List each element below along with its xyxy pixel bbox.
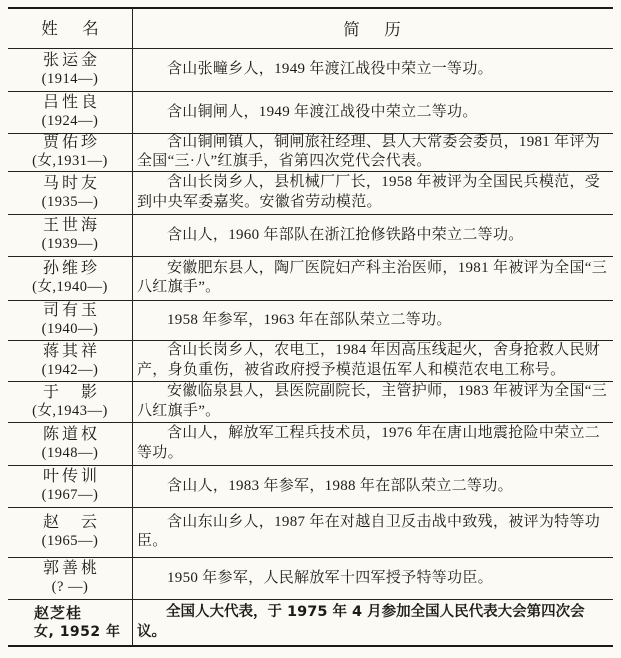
person-bio: 1958 年参军，1963 年在部队荣立二等功。 — [137, 311, 607, 331]
person-years: (1935—) — [42, 193, 99, 212]
bio-cell: 含山人，1983 年参军，1988 年在部队荣立二等功。 — [133, 466, 613, 508]
person-name: 马时友 — [40, 174, 100, 193]
name-cell: 陈道权 (1948—) — [8, 423, 133, 465]
table-row: 孙维珍 (女,1940—) 安徽肥东县人，陶厂医院妇产科主治医师，1981 年被… — [8, 257, 613, 301]
person-years: (女,1940—) — [32, 278, 108, 297]
table-row: 马时友 (1935—) 含山长岗乡人，县机械厂厂长，1958 年被评为全国民兵模… — [8, 172, 613, 215]
person-years: (女,1943—) — [32, 402, 108, 421]
bio-cell: 全国人大代表，于 1975 年 4 月参加全国人民代表大会第四次会议。 — [133, 600, 613, 645]
person-name: 张运金 — [40, 51, 100, 70]
person-years: (1948—) — [42, 444, 99, 463]
person-bio: 含山张疃乡人，1949 年渡江战役中荣立一等功。 — [137, 60, 607, 80]
bio-cell: 含山人，解放军工程兵技术员，1976 年在唐山地震抢险中荣立二等功。 — [133, 423, 613, 465]
table-row: 郭善桃 (? —) 1950 年参军，人民解放军十四军授予特等功臣。 — [8, 558, 613, 601]
table-row: 张运金 (1914—) 含山张疃乡人，1949 年渡江战役中荣立一等功。 — [8, 49, 613, 93]
person-bio: 全国人大代表，于 1975 年 4 月参加全国人民代表大会第四次会议。 — [137, 603, 607, 642]
name-cell: 马时友 (1935—) — [8, 172, 133, 214]
person-name: 王世海 — [40, 216, 100, 235]
person-name: 郭善桃 — [40, 559, 100, 578]
person-years: (1924—) — [42, 112, 99, 131]
bio-cell: 含山长岗乡人，农电工，1984 年因高压线起火，舍身抢救人民财产，身负重伤，被省… — [133, 341, 613, 381]
person-years: (1967—) — [42, 486, 99, 505]
name-cell: 王世海 (1939—) — [8, 215, 133, 257]
table-row: 司有玉 (1940—) 1958 年参军，1963 年在部队荣立二等功。 — [8, 301, 613, 342]
person-bio: 含山东山乡人，1987 年在对越自卫反击战中致残，被评为特等功臣。 — [137, 513, 607, 552]
person-bio: 含山人，1960 年部队在浙江抢修铁路中荣立二等功。 — [137, 226, 607, 246]
bio-cell: 含山张疃乡人，1949 年渡江战役中荣立一等功。 — [133, 49, 613, 92]
person-bio: 含山铜闸镇人，铜闸旅社经理、县人大常委会委员，1981 年评为全国“三·八”红旗… — [137, 134, 607, 172]
header-name-label: 姓 名 — [37, 19, 103, 38]
person-name: 赵芝桂 — [34, 604, 82, 623]
table-row: 吕性良 (1924—) 含山铜闸人，1949 年渡江战役中荣立二等功。 — [8, 92, 613, 134]
person-years: (1939—) — [42, 235, 99, 254]
table-row: 赵芝桂 女, 1952 年 全国人大代表，于 1975 年 4 月参加全国人民代… — [8, 600, 613, 645]
person-years: (1914—) — [42, 70, 99, 89]
person-name: 司有玉 — [40, 301, 100, 320]
person-name: 孙维珍 — [40, 259, 100, 278]
name-cell: 张运金 (1914—) — [8, 49, 133, 92]
header-name-cell: 姓 名 — [8, 9, 133, 48]
bio-cell: 含山长岗乡人，县机械厂厂长，1958 年被评为全国民兵模范，受到中央军委嘉奖。安… — [133, 172, 613, 214]
bio-cell: 含山人，1960 年部队在浙江抢修铁路中荣立二等功。 — [133, 215, 613, 257]
name-cell: 赵 云 (1965—) — [8, 508, 133, 557]
header-bio-label: 简 历 — [137, 16, 607, 40]
bio-cell: 含山铜闸人，1949 年渡江战役中荣立二等功。 — [133, 92, 613, 133]
name-cell: 郭善桃 (? —) — [8, 558, 133, 600]
table-row: 陈道权 (1948—) 含山人，解放军工程兵技术员，1976 年在唐山地震抢险中… — [8, 423, 613, 466]
header-bio-cell: 简 历 — [133, 9, 613, 48]
table-row: 贾佑珍 (女,1931—) 含山铜闸镇人，铜闸旅社经理、县人大常委会委员，198… — [8, 134, 613, 173]
table-row: 叶传训 (1967—) 含山人，1983 年参军，1988 年在部队荣立二等功。 — [8, 466, 613, 509]
name-cell: 蒋其祥 (1942—) — [8, 341, 133, 381]
person-years: 女, 1952 年 — [34, 623, 121, 642]
table-row: 于 影 (女,1943—) 安徽临泉县人，县医院副院长，主管护师，1983 年被… — [8, 382, 613, 424]
person-years: (1940—) — [42, 320, 99, 339]
person-name: 吕性良 — [40, 93, 100, 112]
bio-cell: 1958 年参军，1963 年在部队荣立二等功。 — [133, 301, 613, 341]
bio-cell: 1950 年参军，人民解放军十四军授予特等功臣。 — [133, 558, 613, 600]
table-header-row: 姓 名 简 历 — [8, 9, 613, 49]
person-bio: 含山长岗乡人，县机械厂厂长，1958 年被评为全国民兵模范，受到中央军委嘉奖。安… — [137, 173, 607, 212]
person-years: (? —) — [52, 578, 89, 597]
table-row: 王世海 (1939—) 含山人，1960 年部队在浙江抢修铁路中荣立二等功。 — [8, 215, 613, 258]
bio-cell: 安徽临泉县人，县医院副院长，主管护师，1983 年被评为全国“三八红旗手”。 — [133, 382, 613, 423]
name-cell: 于 影 (女,1943—) — [8, 382, 133, 423]
person-bio: 1950 年参军，人民解放军十四军授予特等功臣。 — [137, 569, 607, 589]
biography-table: 姓 名 简 历 张运金 (1914—) 含山张疃乡人，1949 年渡江战役中荣立… — [8, 7, 613, 647]
person-name: 贾佑珍 — [40, 133, 100, 152]
name-cell: 吕性良 (1924—) — [8, 92, 133, 133]
person-bio: 安徽肥东县人，陶厂医院妇产科主治医师，1981 年被评为全国“三八红旗手”。 — [137, 259, 607, 298]
person-years: (1942—) — [42, 361, 99, 380]
person-bio: 含山铜闸人，1949 年渡江战役中荣立二等功。 — [137, 103, 607, 123]
bio-cell: 安徽肥东县人，陶厂医院妇产科主治医师，1981 年被评为全国“三八红旗手”。 — [133, 257, 613, 300]
person-bio: 含山人，1983 年参军，1988 年在部队荣立二等功。 — [137, 477, 607, 497]
person-name: 蒋其祥 — [40, 342, 100, 361]
name-cell: 赵芝桂 女, 1952 年 — [8, 600, 133, 645]
name-cell: 司有玉 (1940—) — [8, 301, 133, 341]
table-row: 赵 云 (1965—) 含山东山乡人，1987 年在对越自卫反击战中致残，被评为… — [8, 508, 613, 558]
name-cell: 贾佑珍 (女,1931—) — [8, 134, 133, 172]
person-years: (女,1931—) — [32, 152, 108, 171]
person-name: 陈道权 — [40, 425, 100, 444]
person-name: 赵 云 — [40, 513, 100, 532]
person-name: 于 影 — [40, 383, 100, 402]
name-cell: 孙维珍 (女,1940—) — [8, 257, 133, 300]
person-name: 叶传训 — [40, 467, 100, 486]
person-bio: 安徽临泉县人，县医院副院长，主管护师，1983 年被评为全国“三八红旗手”。 — [137, 382, 607, 421]
bio-cell: 含山东山乡人，1987 年在对越自卫反击战中致残，被评为特等功臣。 — [133, 508, 613, 557]
name-cell: 叶传训 (1967—) — [8, 466, 133, 508]
table-row: 蒋其祥 (1942—) 含山长岗乡人，农电工，1984 年因高压线起火，舍身抢救… — [8, 341, 613, 382]
person-bio: 含山长岗乡人，农电工，1984 年因高压线起火，舍身抢救人民财产，身负重伤，被省… — [137, 341, 607, 380]
person-years: (1965—) — [42, 532, 99, 551]
person-bio: 含山人，解放军工程兵技术员，1976 年在唐山地震抢险中荣立二等功。 — [137, 424, 607, 463]
bio-cell: 含山铜闸镇人，铜闸旅社经理、县人大常委会委员，1981 年评为全国“三·八”红旗… — [133, 134, 613, 172]
